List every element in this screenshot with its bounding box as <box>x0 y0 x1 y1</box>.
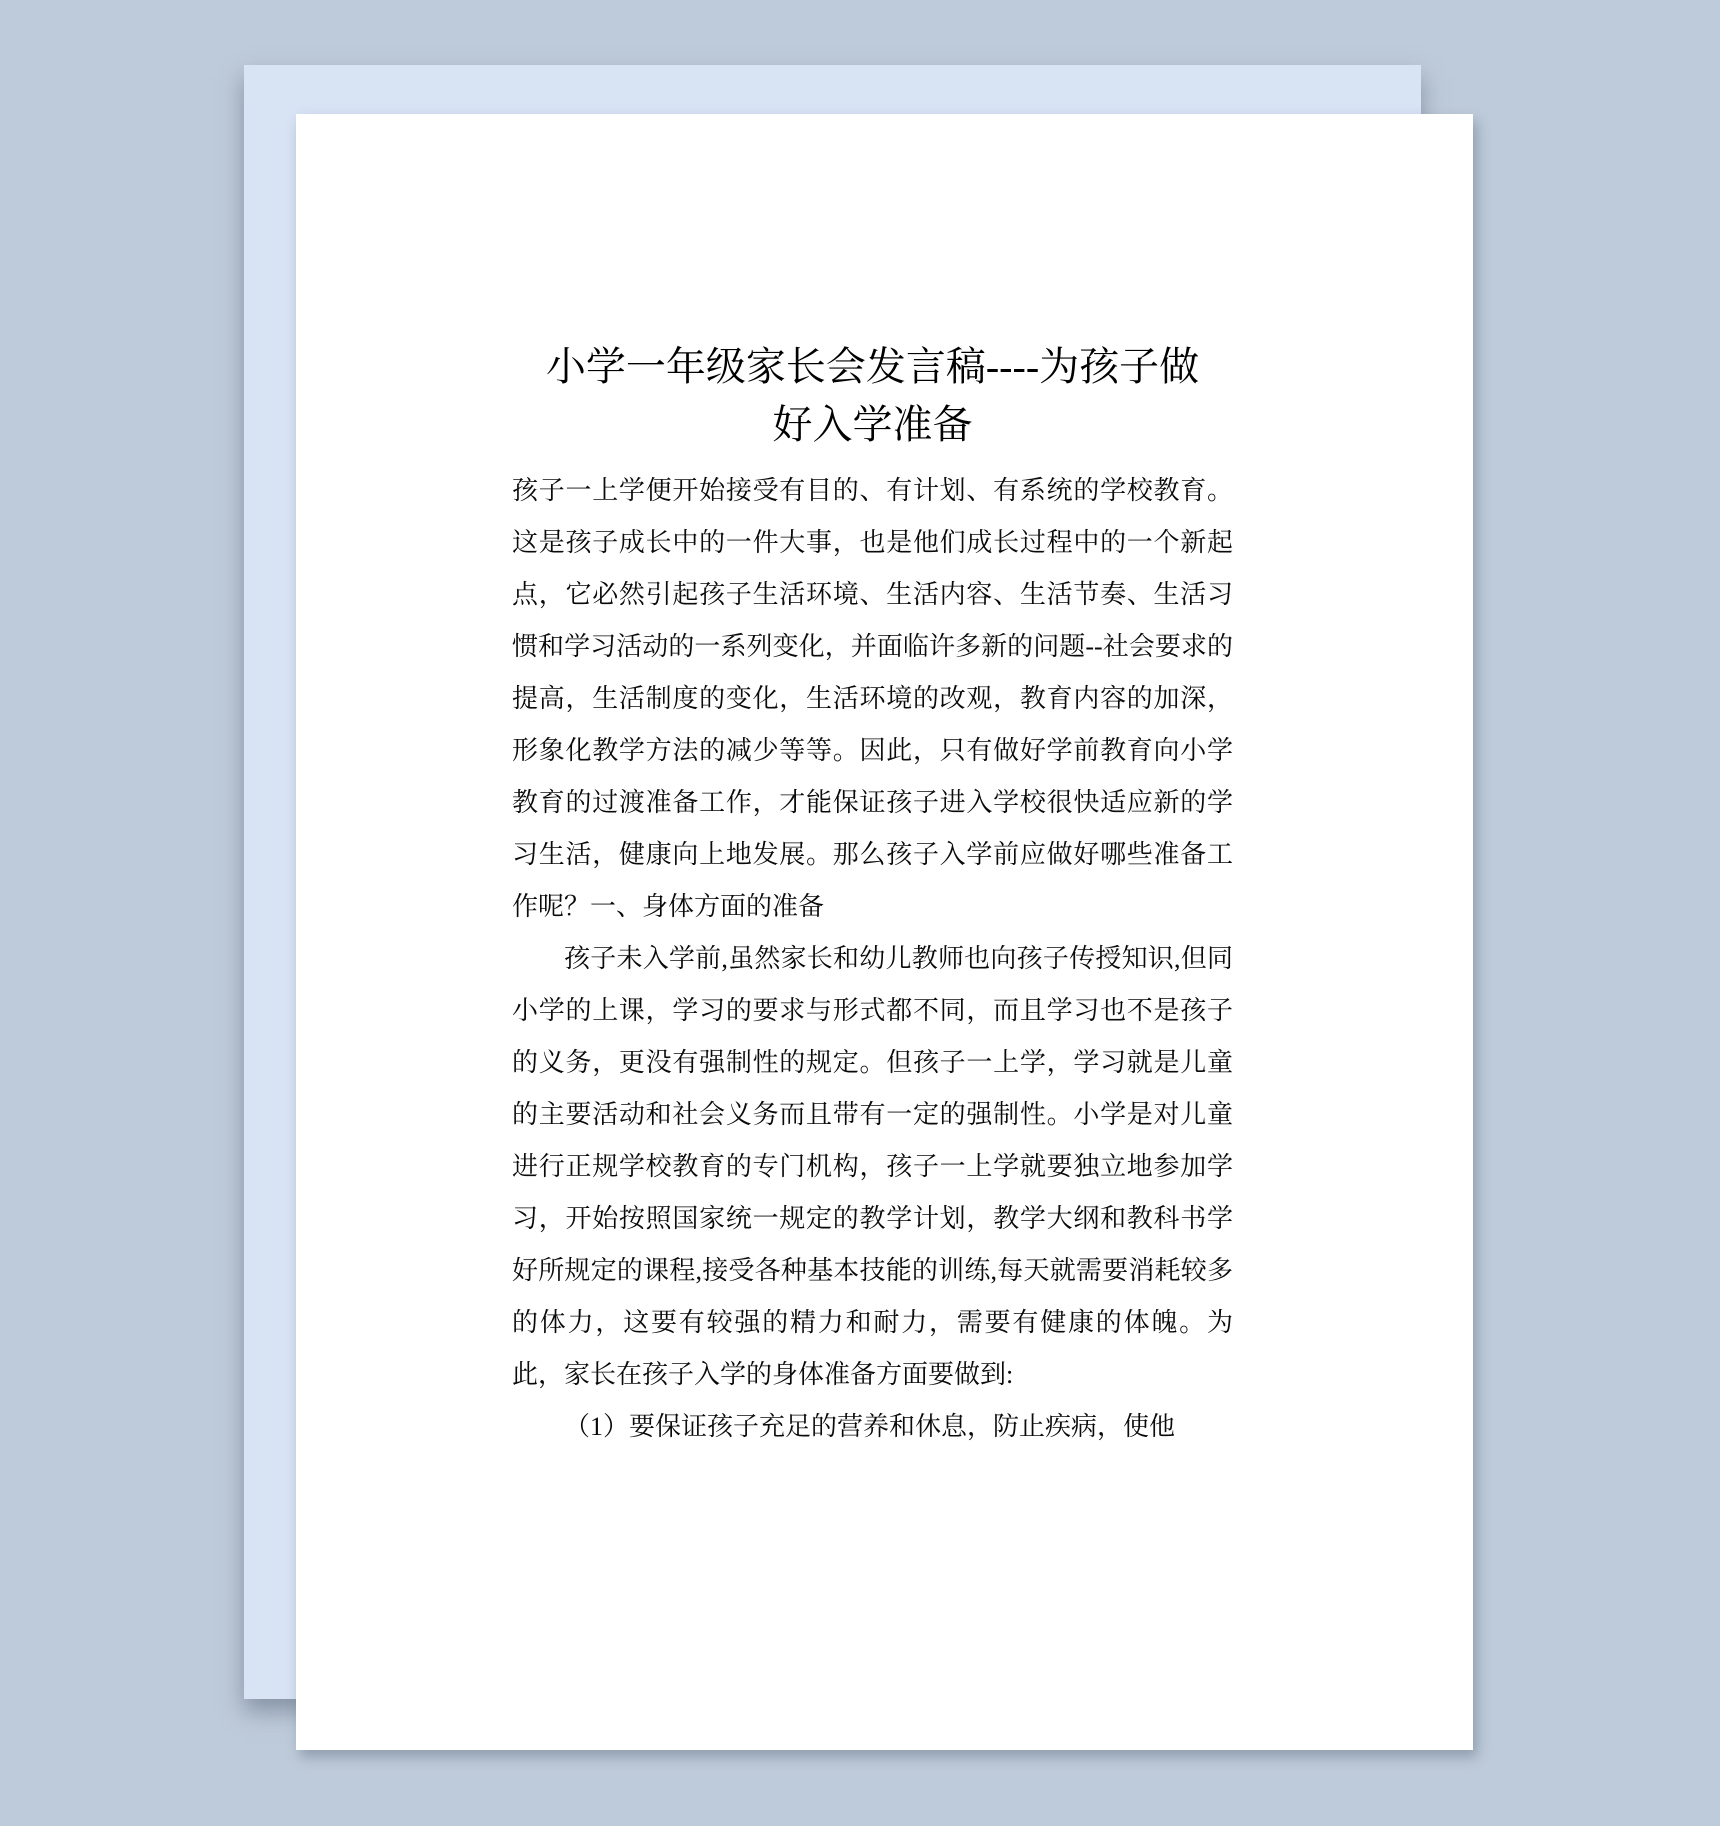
paragraph-point-1: （1）要保证孩子充足的营养和休息，防止疾病，使他 <box>512 1401 1233 1453</box>
document-body: 孩子一上学便开始接受有目的、有计划、有系统的学校教育。这是孩子成长中的一件大事，… <box>512 465 1233 1453</box>
document-page: 小学一年级家长会发言稿----为孩子做好入学准备 孩子一上学便开始接受有目的、有… <box>296 114 1473 1750</box>
document-title: 小学一年级家长会发言稿----为孩子做好入学准备 <box>533 338 1213 454</box>
document-preview-canvas: 小学一年级家长会发言稿----为孩子做好入学准备 孩子一上学便开始接受有目的、有… <box>0 0 1720 1826</box>
paragraph-intro: 孩子一上学便开始接受有目的、有计划、有系统的学校教育。这是孩子成长中的一件大事，… <box>512 465 1233 933</box>
paragraph-body-preparation: 孩子未入学前,虽然家长和幼儿教师也向孩子传授知识,但同小学的上课，学习的要求与形… <box>512 933 1233 1401</box>
